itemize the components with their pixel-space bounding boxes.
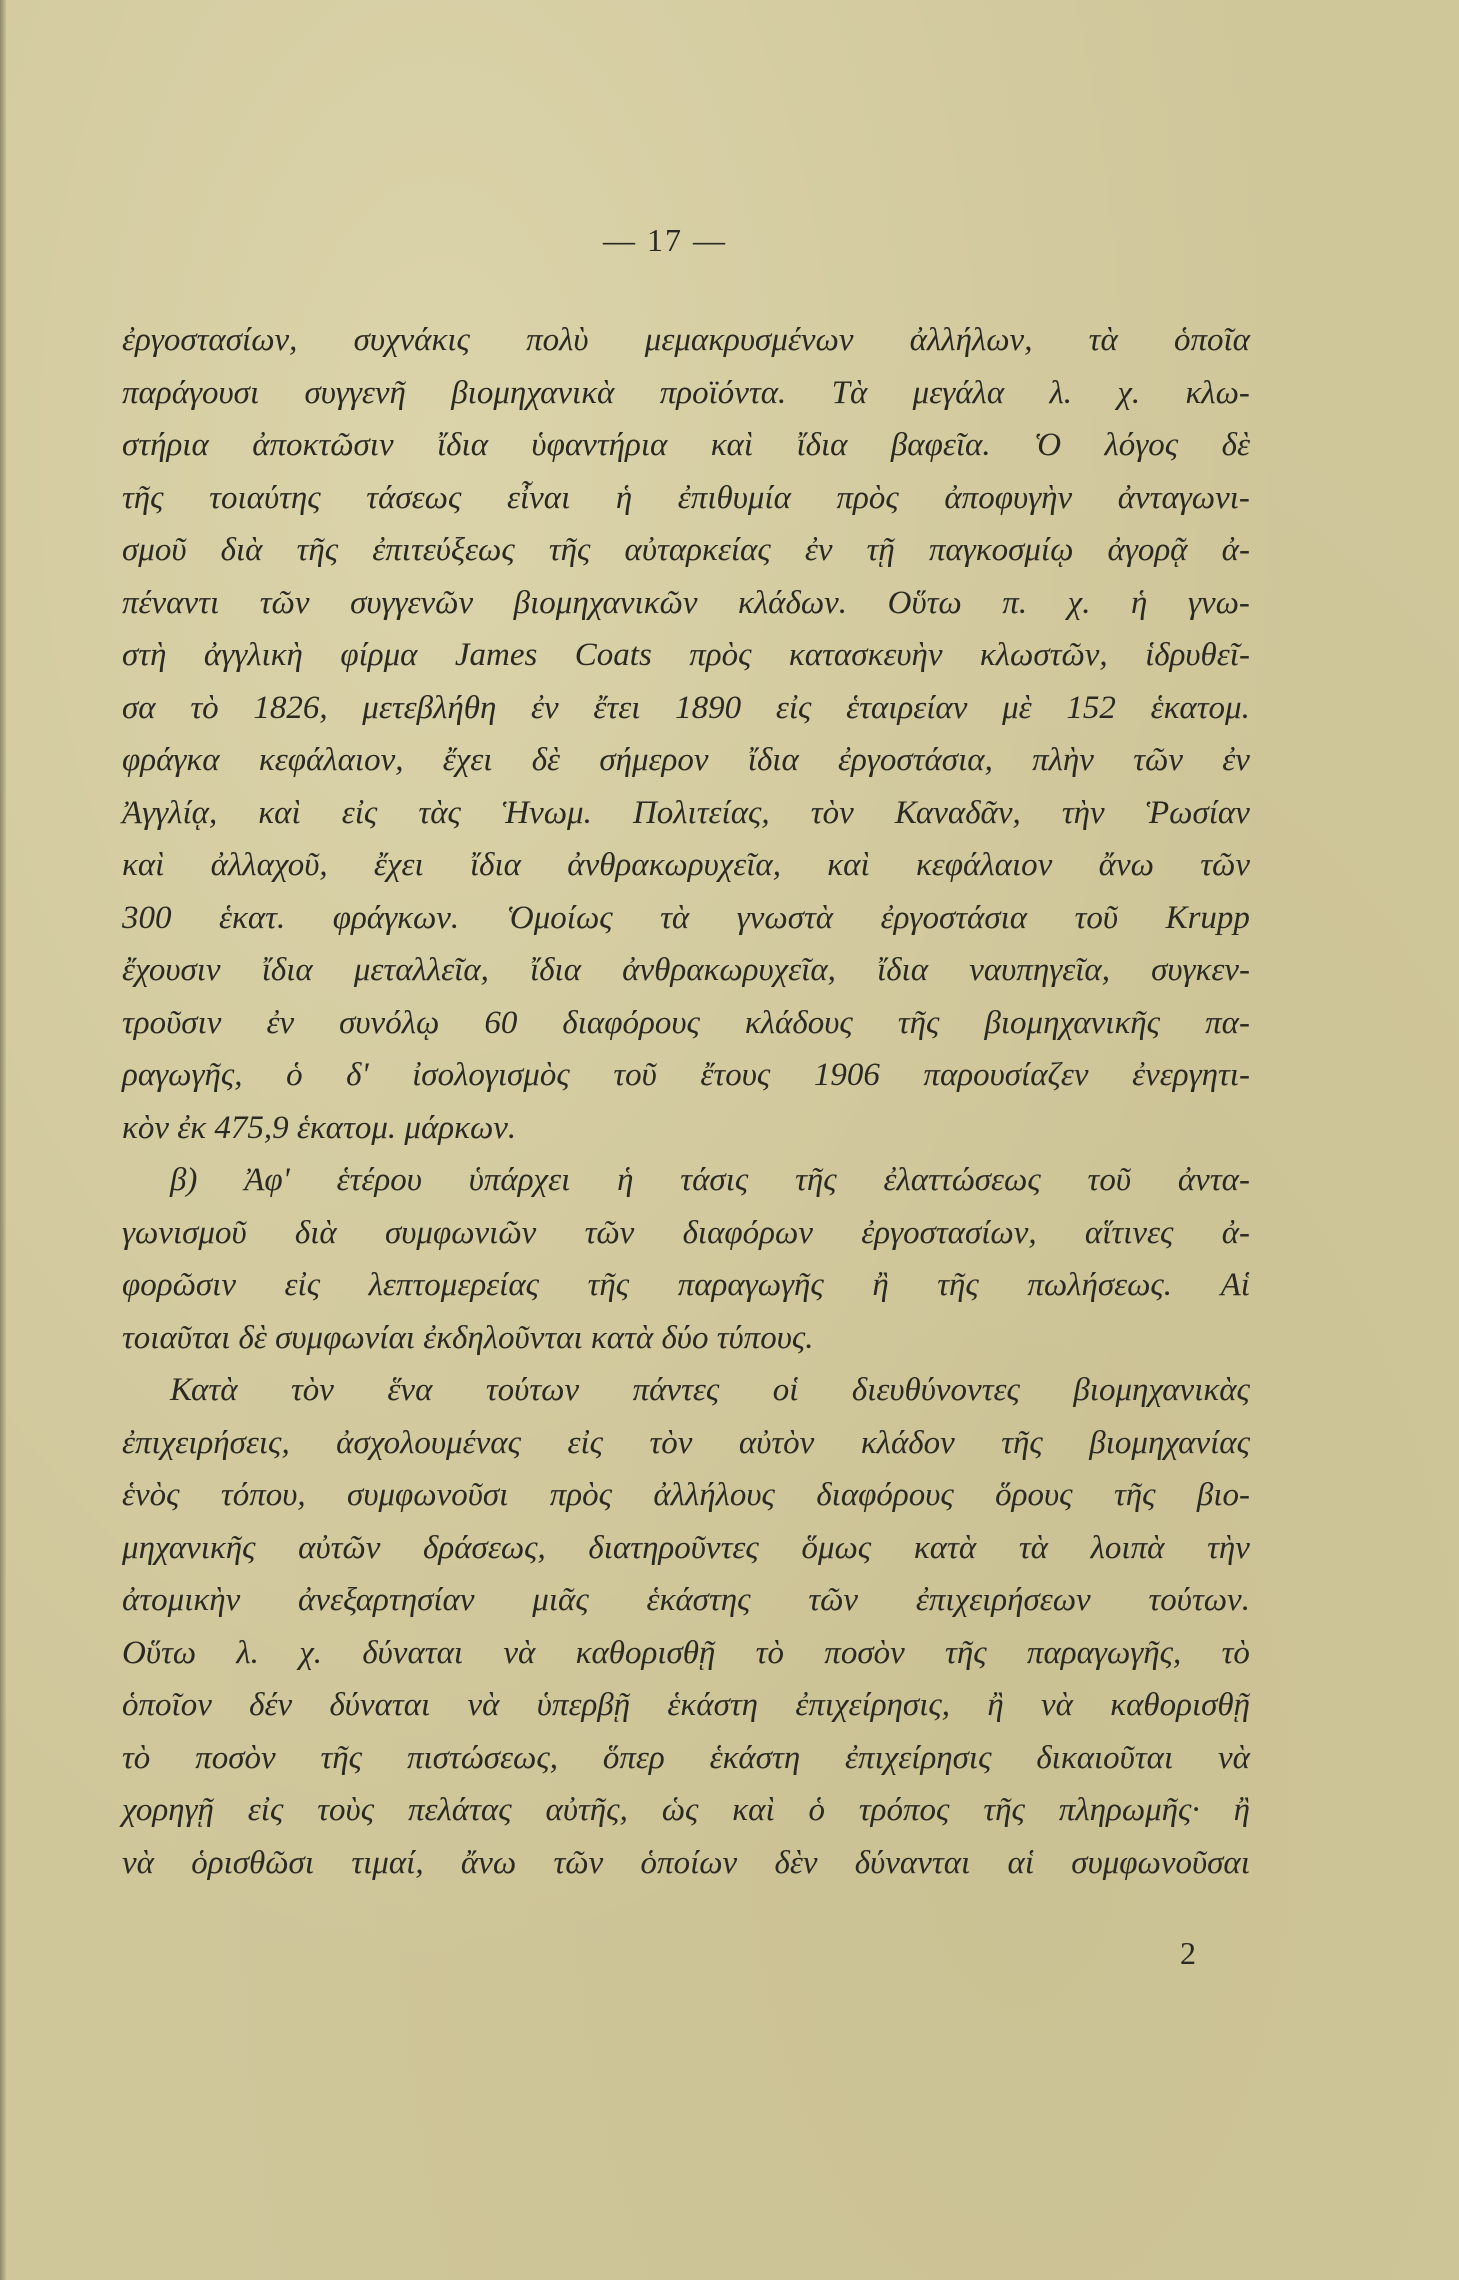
word: τῆς [983,1784,1025,1837]
word: τροῦσιν [122,997,221,1050]
word: ἑκάστη [710,1732,801,1785]
word: Ἀγγλίᾳ, [122,787,217,840]
word: χορηγῇ [122,1784,214,1837]
word: ἐργοστάσια [881,892,1028,945]
word: ἱδρυθεῖ- [1145,629,1250,682]
word: συμφωνίαι [275,1312,423,1365]
word: ἐπιχειρήσεις, [122,1417,290,1470]
word: τὸ [190,682,218,735]
word: τῶν [808,1574,858,1627]
word: δράσεως, [423,1522,546,1575]
word: ἀλλαχοῦ, [211,839,328,892]
word: τὸ [1222,1627,1250,1680]
word: στήρια [122,419,209,472]
word: ἢ [987,1679,1003,1732]
word: εἶναι [507,472,570,525]
word: κλάδων. [738,577,847,630]
word: διαφόρων [683,1207,813,1260]
word: πρὸς [837,472,899,525]
word: εἰς [567,1417,603,1470]
word: φορῶσιν [122,1259,236,1312]
word: καὶ [711,419,753,472]
word: ἐργοστασίων, [861,1207,1036,1260]
word: ὑφαντήρια [531,419,667,472]
word: 152 [1066,682,1116,735]
word: ἴδια [470,839,521,892]
word: συγγενῶν [350,577,473,630]
text-line: ραγωγῆς,ὁδ'ἰσολογισμὸςτοῦἔτους1906παρουσ… [122,1049,1250,1102]
word: τοῦ [1088,1154,1131,1207]
word: τῶν [553,1837,603,1890]
text-line: κὸν ἐκ 475,9 ἑκατομ. μάρκων. [122,1102,1250,1155]
word: τὸν [811,787,854,840]
word: ἀτομικὴν [122,1574,240,1627]
word: κλάδον [861,1417,955,1470]
word: παράγουσι [122,367,259,420]
word: τοὺς [317,1784,374,1837]
word: Οὕτω [888,577,962,630]
word: συμφωνιῶν [385,1207,536,1260]
word: συνόλῳ [339,997,439,1050]
text-line: σατὸ1826,μετεβλήθηἐνἔτει1890εἰςἑταιρείαν… [122,682,1250,735]
word: Coats [575,629,652,682]
signature-mark: 2 [1180,1935,1196,1972]
word: πιστώσεως, [407,1732,558,1785]
word: λ. [1049,367,1072,420]
word: τῆς [1114,1469,1156,1522]
word: τάσεως [366,472,461,525]
word: δύναται [329,1679,430,1732]
text-line: καὶἀλλαχοῦ,ἔχειἴδιαἀνθρακωρυχεῖα,καὶκεφά… [122,839,1250,892]
word: νὰ [1041,1679,1073,1732]
word: ἐπιθυμία [678,472,791,525]
text-line: ἐπιχειρήσεις,ἀσχολουμέναςεἰςτὸναὐτὸνκλάδ… [122,1417,1250,1470]
word: ὡς [662,1784,699,1837]
word: ἡ [1131,577,1147,630]
word: ἑτέρου [337,1154,422,1207]
word: ἐπιτεύξεως [372,524,515,577]
word: ραγωγῆς, [122,1049,242,1102]
word: μηχανικῆς [122,1522,256,1575]
word: λοιπὰ [1091,1522,1165,1575]
word: 1906 [814,1049,880,1102]
word: ἑκατομ. [1151,682,1250,735]
word: ἀγορᾷ [1108,524,1188,577]
word: καθορισθῇ [1110,1679,1250,1732]
word: καὶ [827,839,869,892]
word: μιᾶς [532,1574,588,1627]
word: καθορισθῇ [576,1627,716,1680]
word: ἀποκτῶσιν [252,419,393,472]
word: λεπτομερείας [369,1259,539,1312]
word: ἀγγλικὴ [204,629,303,682]
word: τὰ [1019,1522,1048,1575]
word: ἐν [266,997,294,1050]
word: ἀνταγωνι- [1118,472,1250,525]
word: ἴδια [530,944,581,997]
word: τῶν [260,577,310,630]
word: πρὸς [689,629,751,682]
word: τῆς [549,524,591,577]
word: Αἱ [1221,1259,1250,1312]
word: ἀσχολουμένας [336,1417,521,1470]
word: ὁποῖα [1174,314,1250,367]
word: συχνάκις [354,314,470,367]
word: διαφόρους [816,1469,953,1522]
word: αἵτινες [1085,1207,1174,1260]
word: δύνανται [855,1837,970,1890]
word: ἡ [617,1154,633,1207]
word: δύο [661,1312,716,1365]
word: χ. [1117,367,1140,420]
word: κατὰ [914,1522,976,1575]
text-line: μηχανικῆςαὐτῶνδράσεως,διατηροῦντεςὅμωςκα… [122,1522,1250,1575]
word: δὲ [532,734,560,787]
page-number-header: — 17 — [0,222,1330,259]
word: βιο- [1197,1469,1250,1522]
text-line: 300ἑκατ.φράγκων.Ὁμοίωςτὰγνωστὰἐργοστάσια… [122,892,1250,945]
text-line: χορηγῇεἰςτοὺςπελάταςαὐτῆς,ὡςκαὶὁτρόποςτῆ… [122,1784,1250,1837]
word: πολὺ [526,314,588,367]
word: μεμακρυσμένων [645,314,854,367]
word: αὐτὸν [739,1417,814,1470]
word: συγκεν- [1151,944,1250,997]
word: ἐργοστασίων, [122,314,297,367]
word: κλάδους [745,997,853,1050]
word: ἴδια [796,419,847,472]
word: Ὁ [1034,419,1061,472]
word: κλωστῶν, [980,629,1108,682]
word: β) [170,1154,197,1207]
word: δὲ [239,1312,276,1365]
word: κατασκευὴν [789,629,943,682]
word: παρουσίαζεν [923,1049,1088,1102]
word: τῶν [585,1207,635,1260]
word: τρόπος [859,1784,950,1837]
word: πωλήσεως. [1027,1259,1172,1312]
word: ἀνθρακωρυχεῖα, [622,944,836,997]
word: σμοῦ [122,524,187,577]
word: καὶ [122,839,164,892]
word: βιομηχανικῆς [984,997,1160,1050]
text-line: Ἀγγλίᾳ,καὶεἰςτὰςἩνωμ.Πολιτείας,τὸνΚαναδᾶ… [122,787,1250,840]
word: αὐτῆς, [546,1784,628,1837]
text-line: στὴἀγγλικὴφίρμαJamesCoatsπρὸςκατασκευὴνκ… [122,629,1250,682]
word: ἀ- [1222,524,1250,577]
text-line: ὁποῖονδένδύναταινὰὑπερβῇἑκάστηἐπιχείρησι… [122,1679,1250,1732]
word: ὁ [286,1049,303,1102]
word: βαφεῖα. [891,419,991,472]
word: ἐργοστάσια, [838,734,993,787]
word: πλὴν [1032,734,1094,787]
word: τῆς [898,997,940,1050]
word: τιμαί, [351,1837,423,1890]
word: ἑκάστη [667,1679,758,1732]
word: χ. [1068,577,1091,630]
word: Οὕτω [122,1627,196,1680]
text-line: τοιαῦται δὲ συμφωνίαι ἐκδηλοῦνται κατὰ δ… [122,1312,1250,1365]
word: βιομηχανικὰ [451,367,614,420]
word: ἀποφυγὴν [944,472,1072,525]
word: πληρωμῆς· [1059,1784,1200,1837]
word: Κατὰ [170,1364,238,1417]
word: τῆς [122,472,164,525]
word: ἐπιχειρήσεων [916,1574,1091,1627]
word: ἀλλήλων, [910,314,1033,367]
word: 475,9 [214,1102,297,1155]
word: τῆς [588,1259,630,1312]
word: φράγκα [122,734,220,787]
word: 300 [122,892,172,945]
word: ἀνθρακωρυχεῖα, [567,839,781,892]
word: προϊόντα. [660,367,787,420]
word: Ἡνωμ. [502,787,592,840]
word: ἡ [616,472,632,525]
word: τῶν [1200,839,1250,892]
word: ἕνα [387,1364,432,1417]
word: γνωστὰ [737,892,833,945]
word: διατηροῦντες [588,1522,758,1575]
word: φίρμα [340,629,417,682]
word: πέναντι [122,577,219,630]
word: δέν [249,1679,292,1732]
text-line: Οὕτωλ.χ.δύναταινὰκαθορισθῇτὸποσὸντῆςπαρα… [122,1627,1250,1680]
word: ἔτους [700,1049,770,1102]
word: κλω- [1185,367,1249,420]
word: χ. [299,1627,322,1680]
text-line: σμοῦδιὰτῆςἐπιτεύξεωςτῆςαὐταρκείαςἐντῇπαγ… [122,524,1250,577]
word: Καναδᾶν, [895,787,1021,840]
text-line: ἑνὸςτόπου,συμφωνοῦσιπρὸςἀλλήλουςδιαφόρου… [122,1469,1250,1522]
text-line: πέναντιτῶνσυγγενῶνβιομηχανικῶνκλάδων.Οὕτ… [122,577,1250,630]
word: Ὁμοίως [507,892,613,945]
word: τούτων [486,1364,579,1417]
word: διὰ [221,524,263,577]
word: ναυπηγεῖα, [969,944,1110,997]
word: τὸ [756,1627,784,1680]
word: αὐτῶν [298,1522,380,1575]
word: νὰ [503,1627,535,1680]
text-line: φορῶσινεἰςλεπτομερείαςτῆςπαραγωγῆςἢτῆςπω… [122,1259,1250,1312]
word: πελάτας [408,1784,512,1837]
word: μάρκων. [404,1102,516,1155]
word: παραγωγῆς [678,1259,824,1312]
word: εἰς [285,1259,321,1312]
word: εἰς [342,787,378,840]
word: τοιαῦται [122,1312,239,1365]
word: καὶ [732,1784,774,1837]
word: βιομηχανίας [1089,1417,1250,1470]
word: κατὰ [591,1312,662,1365]
word: τῆς [297,524,339,577]
word: ὁποίων [641,1837,738,1890]
word: Πολιτείας, [633,787,770,840]
word: εἰς [776,682,812,735]
word: πάντες [633,1364,720,1417]
word: δύναται [362,1627,463,1680]
word: κεφάλαιον, [259,734,404,787]
word: δὲ [1222,419,1250,472]
word: τῆς [945,1627,987,1680]
text-line: β)Ἀφ'ἑτέρουὑπάρχειἡτάσιςτῆςἐλαττώσεωςτοῦ… [122,1154,1250,1207]
text-line: νὰὁρισθῶσιτιμαί,ἄνωτῶνὁποίωνδὲνδύνανταια… [122,1837,1250,1890]
word: τὸν [291,1364,334,1417]
word: μεγάλα [913,367,1005,420]
word: βιομηχανικῶν [514,577,698,630]
word: τάσις [680,1154,748,1207]
word: πα- [1205,997,1250,1050]
word: διαφόρους [562,997,699,1050]
word: μὲ [1002,682,1032,735]
word: συμφωνοῦσαι [1071,1837,1250,1890]
word: δικαιοῦται [1036,1732,1173,1785]
word: ἐκ [177,1102,214,1155]
word: ἐνεργητι- [1132,1049,1250,1102]
word: τῇ [867,524,895,577]
word: ἐν [531,682,559,735]
word: ἑταιρείαν [846,682,967,735]
word: τὴν [1062,787,1105,840]
word: ἔχει [443,734,493,787]
word: ποσὸν [195,1732,275,1785]
word: συγγενῆ [304,367,405,420]
word: ἐπιχείρησις [845,1732,991,1785]
word: τοῦ [1075,892,1118,945]
word: λόγος [1105,419,1179,472]
word: τοιαύτης [209,472,321,525]
word: ἢ [872,1259,888,1312]
word: ὑπάρχει [469,1154,571,1207]
word: γνω- [1188,577,1250,630]
word: ἢ [1234,1784,1250,1837]
word: φράγκων. [333,892,459,945]
word: ἔτει [593,682,640,735]
word: ὁρισθῶσι [191,1837,314,1890]
word: ἀ- [1222,1207,1250,1260]
word: 1890 [675,682,741,735]
word: συμφωνοῦσι [347,1469,508,1522]
word: αἱ [1008,1837,1035,1890]
word: νὰ [122,1837,154,1890]
word: τὰ [660,892,689,945]
text-line: γωνισμοῦδιὰσυμφωνιῶντῶνδιαφόρωνἐργοστασί… [122,1207,1250,1260]
word: ἀλλήλους [653,1469,775,1522]
word: ὅπερ [603,1732,665,1785]
word: ὅμως [801,1522,871,1575]
word: τὴν [1207,1522,1250,1575]
word: τούτων. [1148,1574,1249,1627]
word: τὰς [418,787,461,840]
word: τῶν [1133,734,1183,787]
word: οἱ [773,1364,799,1417]
word: τῆς [937,1259,979,1312]
text-line: παράγουσισυγγενῆβιομηχανικὰπροϊόντα.Τὰμε… [122,367,1250,420]
word: James [455,629,537,682]
word: ἔχουσιν [122,944,221,997]
word: νὰ [1218,1732,1250,1785]
word: σήμερον [599,734,708,787]
word: πρὸς [550,1469,612,1522]
word: τῆς [795,1154,837,1207]
word: τὰ [1089,314,1118,367]
word: αὐταρκείας [625,524,771,577]
word: κὸν [122,1102,177,1155]
word: ἄνω [1099,839,1154,892]
word: Ῥωσίαν [1146,787,1250,840]
word: κεφάλαιον [916,839,1052,892]
body-text: ἐργοστασίων,συχνάκιςπολὺμεμακρυσμένωνἀλλ… [122,314,1250,1889]
word: τῆς [321,1732,363,1785]
word: τόπου, [221,1469,306,1522]
word: ἀντα- [1178,1154,1250,1207]
word: ἰσολογισμὸς [412,1049,570,1102]
text-line: ἀτομικὴνἀνεξαρτησίανμιᾶςἑκάστηςτῶνἐπιχει… [122,1574,1250,1627]
word: ἄνω [461,1837,516,1890]
word: ἑκατομ. [297,1102,405,1155]
text-line: Κατὰτὸνἕνατούτωνπάντεςοἱδιευθύνοντεςβιομ… [122,1364,1250,1417]
word: δὲν [775,1837,818,1890]
text-line: τὸποσὸντῆςπιστώσεως,ὅπερἑκάστηἐπιχείρησι… [122,1732,1250,1785]
word: ἴδια [437,419,488,472]
word: ἴδια [877,944,928,997]
word: Ἀφ' [244,1154,289,1207]
word: ἐλαττώσεως [883,1154,1040,1207]
word: π. [1002,577,1027,630]
word: ἑνὸς [122,1469,180,1522]
word: ἀνεξαρτησίαν [298,1574,474,1627]
word: δ' [346,1049,368,1102]
word: ἐκδηλοῦνται [423,1312,591,1365]
text-line: στήριαἀποκτῶσινἴδιαὑφαντήριακαὶἴδιαβαφεῖ… [122,419,1250,472]
text-line: ἔχουσινἴδιαμεταλλεῖα,ἴδιαἀνθρακωρυχεῖα,ἴ… [122,944,1250,997]
word: διὰ [295,1207,337,1260]
word: Krupp [1166,892,1250,945]
word: ἑκάστης [647,1574,751,1627]
word: τύπους. [717,1312,814,1365]
word: ὅρους [995,1469,1072,1522]
word: ἐν [805,524,833,577]
word: παγκοσμίῳ [929,524,1074,577]
word: ὑπερβῇ [537,1679,630,1732]
word: ἴδια [262,944,313,997]
word: βιομηχανικὰς [1073,1364,1250,1417]
word: νὰ [468,1679,500,1732]
word: Τὰ [832,367,868,420]
text-line: ἐργοστασίων,συχνάκιςπολὺμεμακρυσμένωνἀλλ… [122,314,1250,367]
word: ἔχει [374,839,424,892]
word: τὸν [649,1417,692,1470]
word: ὁ [809,1784,826,1837]
text-line: τροῦσινἐνσυνόλῳ60διαφόρουςκλάδουςτῆςβιομ… [122,997,1250,1050]
word: ποσὸν [824,1627,904,1680]
word: ἑκατ. [219,892,285,945]
word: διευθύνοντες [852,1364,1020,1417]
word: γωνισμοῦ [122,1207,247,1260]
word: ἐν [1222,734,1250,787]
word: ὁποῖον [122,1679,212,1732]
word: λ. [236,1627,259,1680]
word: 1826, [253,682,327,735]
text-line: φράγκακεφάλαιον,ἔχειδὲσήμερονἴδιαἐργοστά… [122,734,1250,787]
word: μεταλλεῖα, [354,944,489,997]
book-spine-edge [0,0,6,2280]
word: σα [122,682,156,735]
word: τῆς [1001,1417,1043,1470]
word: μετεβλήθη [362,682,496,735]
word: τὸ [122,1732,150,1785]
word: εἰς [248,1784,284,1837]
word: 60 [484,997,517,1050]
